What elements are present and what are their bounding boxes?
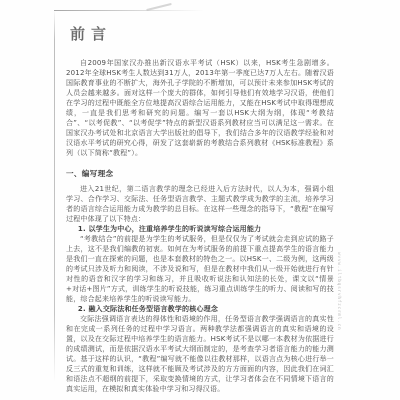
page-content: 前言 自2009年国家汉办推出新汉语水平考试（HSK）以来，HSK考生急剧增多。… [66, 24, 334, 394]
page-title: 前言 [70, 24, 334, 44]
subheading-1-student-centered: 1. 以学生为中心，注重培养学生的听说读写综合运用能力 [66, 224, 334, 234]
subsection-2-paragraph: 交际法强调语言表达的得体性和语境的作用，任务型语言教学强调语言的真实性和在完成一… [66, 314, 334, 394]
subheading-2-communicative-approach: 2. 融入交际法和任务型语言教学的核心理念 [66, 304, 334, 314]
page-left-edge-line [54, 10, 55, 382]
scanned-book-page: 前言 自2009年国家汉办推出新汉语水平考试（HSK）以来，HSK考生急剧增多。… [0, 0, 400, 400]
watermark-vertical-text: wvvw.iltbqsrvhfzcrml.cn [336, 252, 341, 372]
page-top-edge-line [54, 10, 204, 11]
intro-paragraph: 自2009年国家汉办推出新汉语水平考试（HSK）以来，HSK考生急剧增多。201… [66, 58, 334, 158]
subsection-1-paragraph: “考教结合”的前提是为学生的考试服务，但是仅仅为了考试就会走到应试的路子上去，这… [66, 234, 334, 304]
section-lead-paragraph: 进入21世纪，第二语言教学的理念已经进入后方法时代，以人为本，强调小组学习、合作… [66, 184, 334, 224]
section-heading-writing-concept: 一、编写理念 [66, 169, 334, 179]
